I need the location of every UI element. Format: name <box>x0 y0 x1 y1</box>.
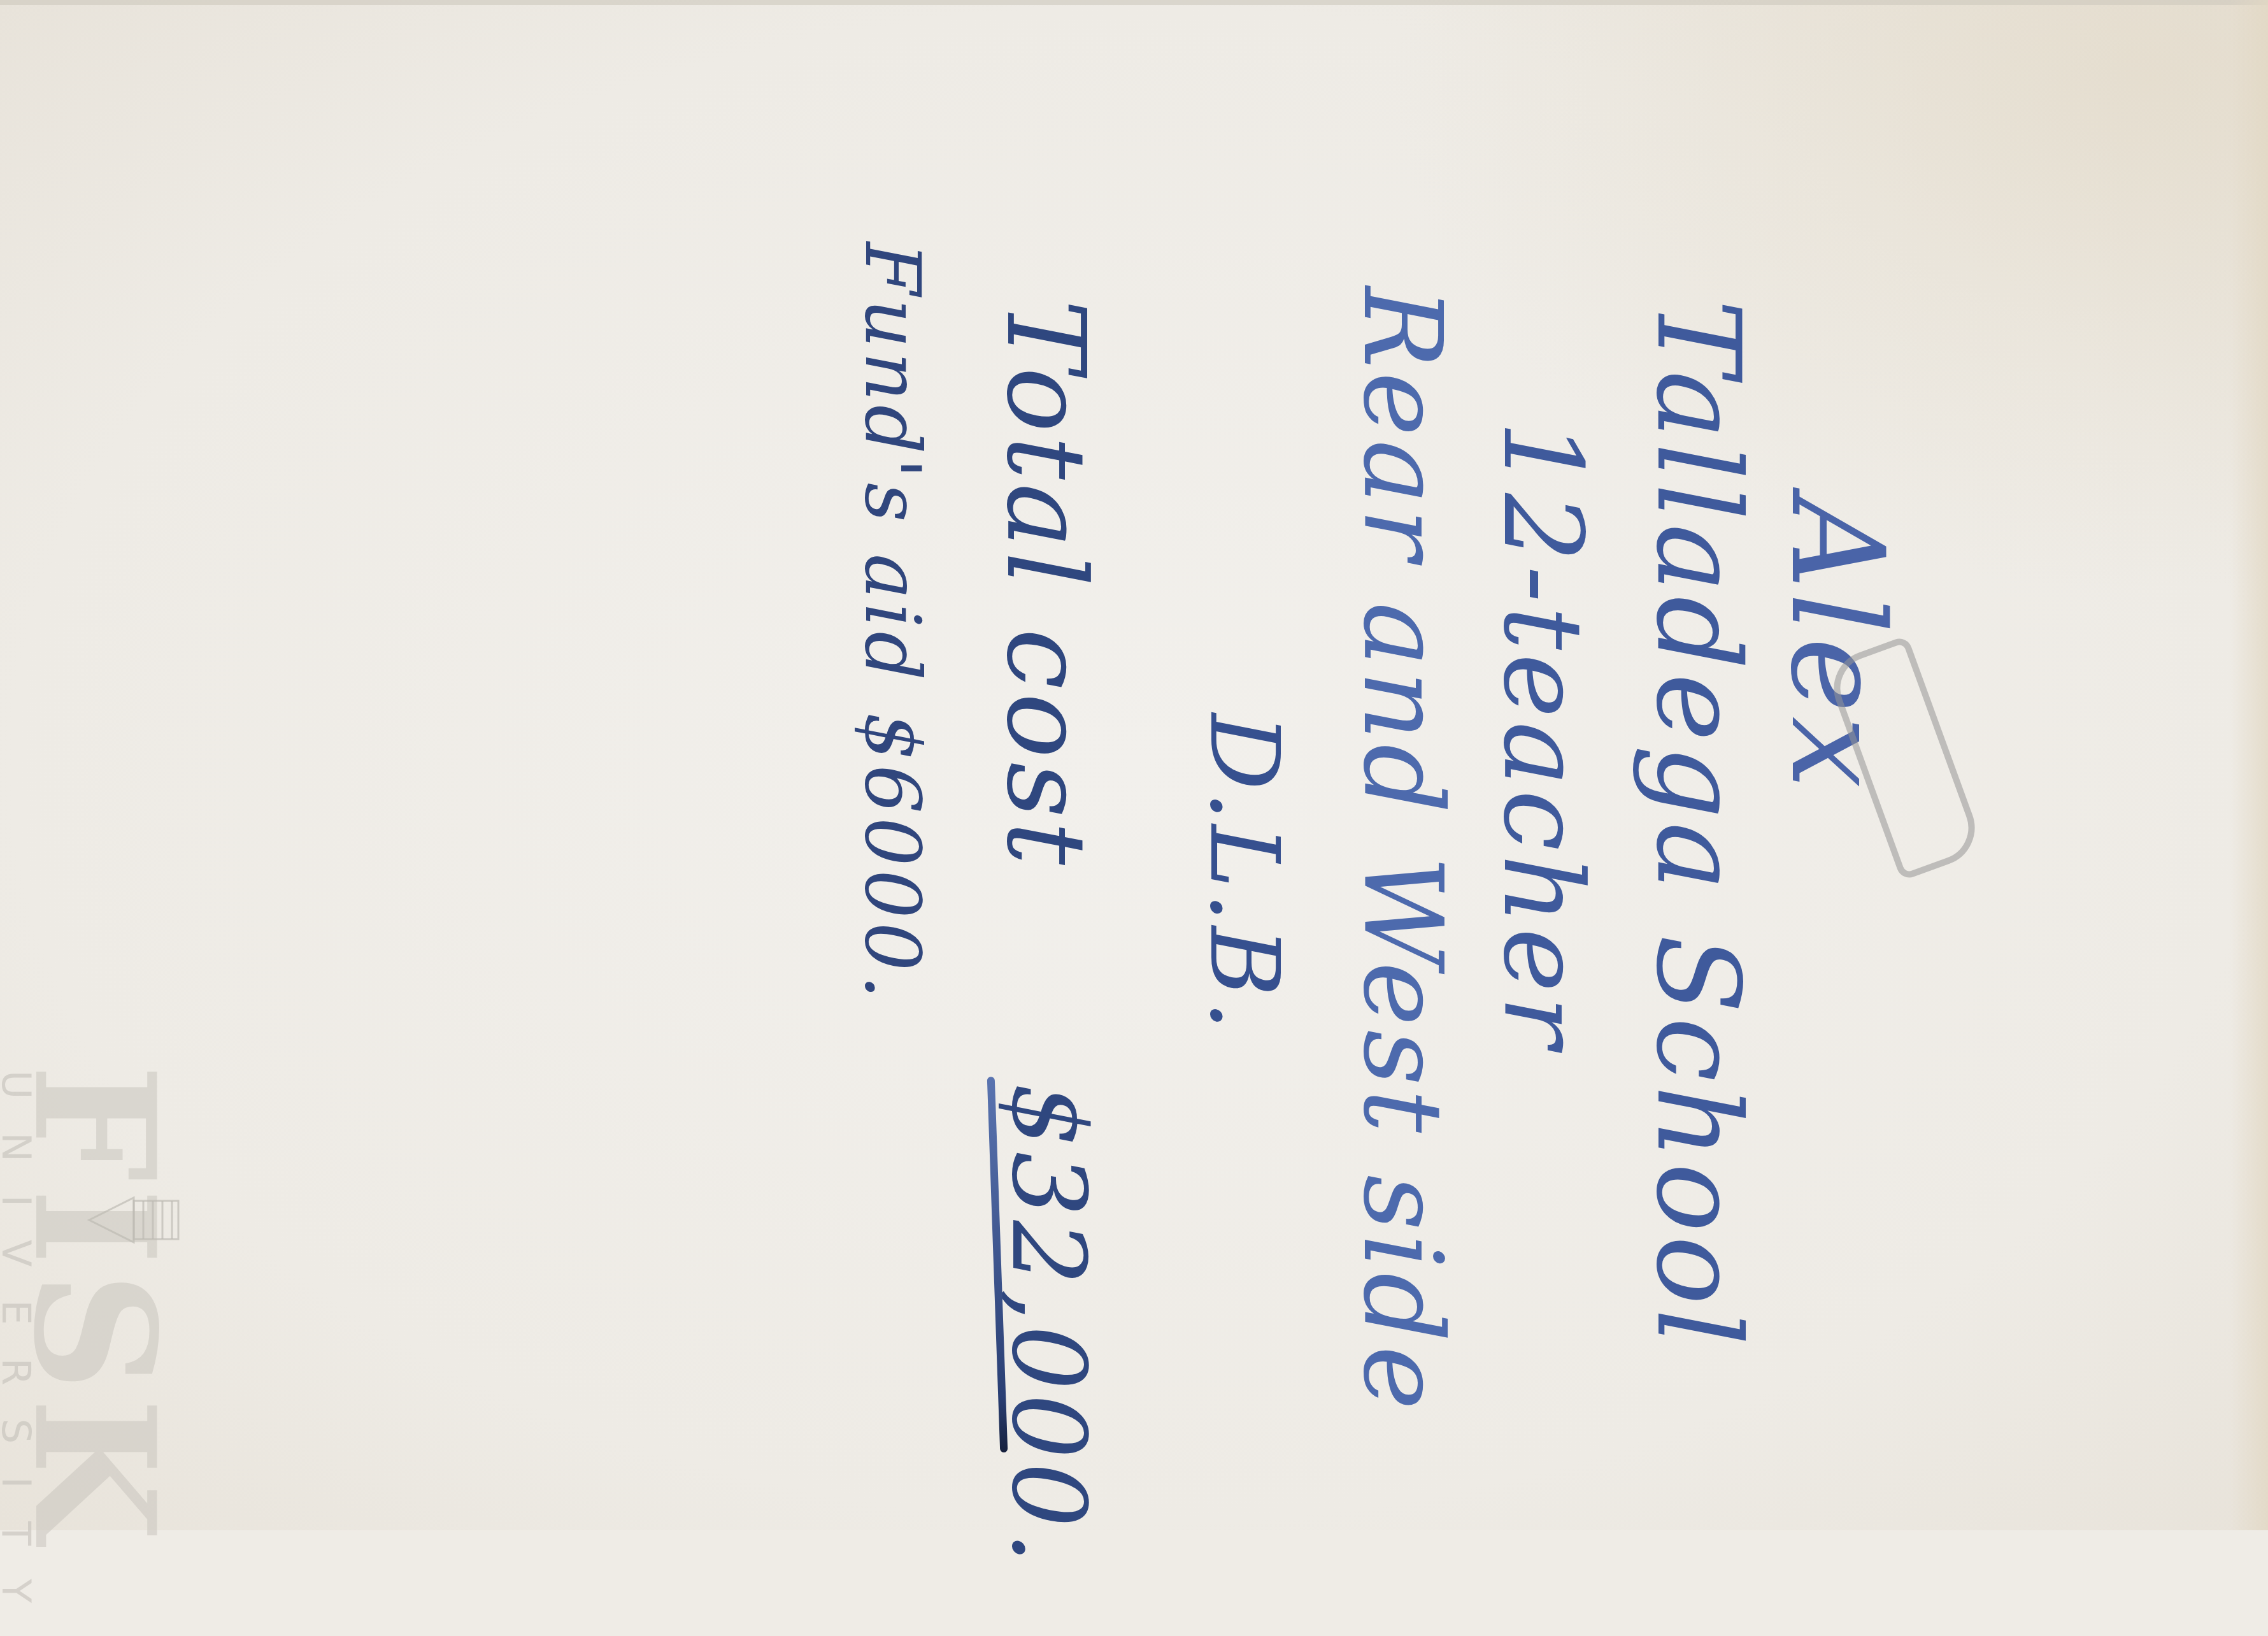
note-total-cost-amount: $32,000. <box>989 1083 1108 1530</box>
note-line-initials: D.L.B. <box>1188 714 1299 1035</box>
note-line-school: Talladega School <box>1631 299 1764 1349</box>
paper-background: FISK UNIVERSITY Alex Talladega School 12… <box>0 0 2268 1530</box>
note-line-fund-aid: Fund's aid $6000. <box>848 242 936 1003</box>
note-line-total-cost-label: Total cost <box>982 299 1108 869</box>
handwritten-note: Alex Talladega School 12-teacher Rear an… <box>0 0 2268 1530</box>
note-line-teacher-count: 12-teacher <box>1479 420 1605 1052</box>
note-line-location: Rear and West side <box>1339 287 1465 1414</box>
